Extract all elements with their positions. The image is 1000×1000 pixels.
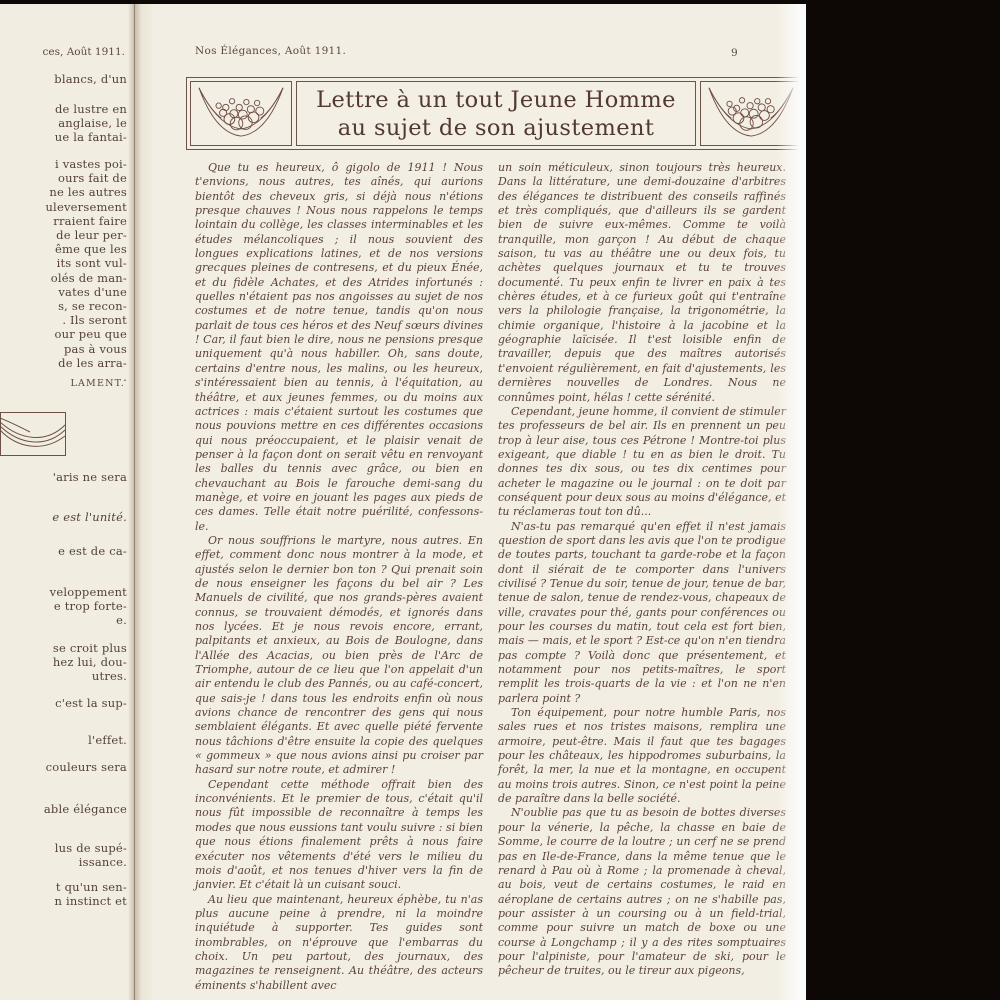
- column-right: un soin méticuleux, sinon toujours très …: [498, 161, 786, 993]
- page-edge-highlight: [776, 4, 806, 1000]
- left-page-text-fragment: lus de supé-issance.: [0, 841, 127, 869]
- left-page-text-fragment: c'est la sup-: [0, 696, 127, 710]
- running-header-journal: Nos Élégances, Août 1911.: [195, 45, 346, 57]
- paragraph: N'oublie pas que tu as besoin de bottes …: [498, 806, 786, 978]
- article-title-line1: Lettre à un tout Jeune Homme: [316, 86, 676, 114]
- column-left: Que tu es heureux, ô gigolo de 1911 ! No…: [195, 161, 483, 993]
- left-page-text-fragment: l'effet.: [0, 733, 127, 747]
- left-page-running-header: ces, Août 1911.: [43, 46, 125, 58]
- paragraph: Or nous souffrions le martyre, nous autr…: [195, 534, 483, 778]
- left-page-text-fragment: couleurs sera: [0, 760, 127, 774]
- left-page-text-fragment: able élégance: [0, 802, 127, 816]
- paragraph: Que tu es heureux, ô gigolo de 1911 ! No…: [195, 161, 483, 534]
- drapery-swag-ornament: [0, 412, 66, 456]
- article-body: Que tu es heureux, ô gigolo de 1911 ! No…: [195, 161, 787, 993]
- left-page-text-fragment: se croit plushez lui, dou-utres.: [0, 641, 127, 684]
- page-number: 9: [731, 47, 738, 59]
- paragraph: Au lieu que maintenant, heureux éphèbe, …: [195, 893, 483, 993]
- paragraph: un soin méticuleux, sinon toujours très …: [498, 161, 786, 405]
- magazine-page: Nos Élégances, Août 1911. 9: [152, 4, 806, 1000]
- left-page-text-fragment: e est de ca-: [0, 544, 127, 558]
- paragraph: N'as-tu pas remarqué qu'en effet il n'es…: [498, 520, 786, 706]
- left-page-text-fragment: i vastes poi-ours fait dene les autresul…: [0, 157, 127, 384]
- article-title: Lettre à un tout Jeune Homme au sujet de…: [296, 81, 696, 146]
- left-page-fragment: ces, Août 1911. blancs, d'un de lustre e…: [0, 4, 131, 1000]
- left-page-text-fragment: de lustre enanglaise, leue la fantai-: [0, 102, 127, 145]
- garland-ornament-left: [190, 81, 292, 146]
- paragraph: Cependant, jeune homme, il convient de s…: [498, 405, 786, 520]
- left-page-text-fragment: 'aris ne sera: [0, 470, 127, 484]
- article-title-box: Lettre à un tout Jeune Homme au sujet de…: [186, 77, 806, 150]
- left-page-text-fragment: blancs, d'un: [0, 72, 127, 86]
- left-page-signature: LAMENT.: [70, 378, 125, 389]
- left-page-text-fragment: veloppemente trop forte-e.: [0, 585, 127, 628]
- left-page-text-fragment: e est l'unité.: [0, 510, 127, 524]
- left-page-text-fragment: t qu'un sen-n instinct et: [0, 880, 127, 908]
- article-title-line2: au sujet de son ajustement: [338, 114, 655, 142]
- magazine-spread: ces, Août 1911. blancs, d'un de lustre e…: [0, 4, 806, 1000]
- paragraph: Cependant cette méthode offrait bien des…: [195, 778, 483, 893]
- paragraph: Ton équipement, pour notre humble Paris,…: [498, 706, 786, 806]
